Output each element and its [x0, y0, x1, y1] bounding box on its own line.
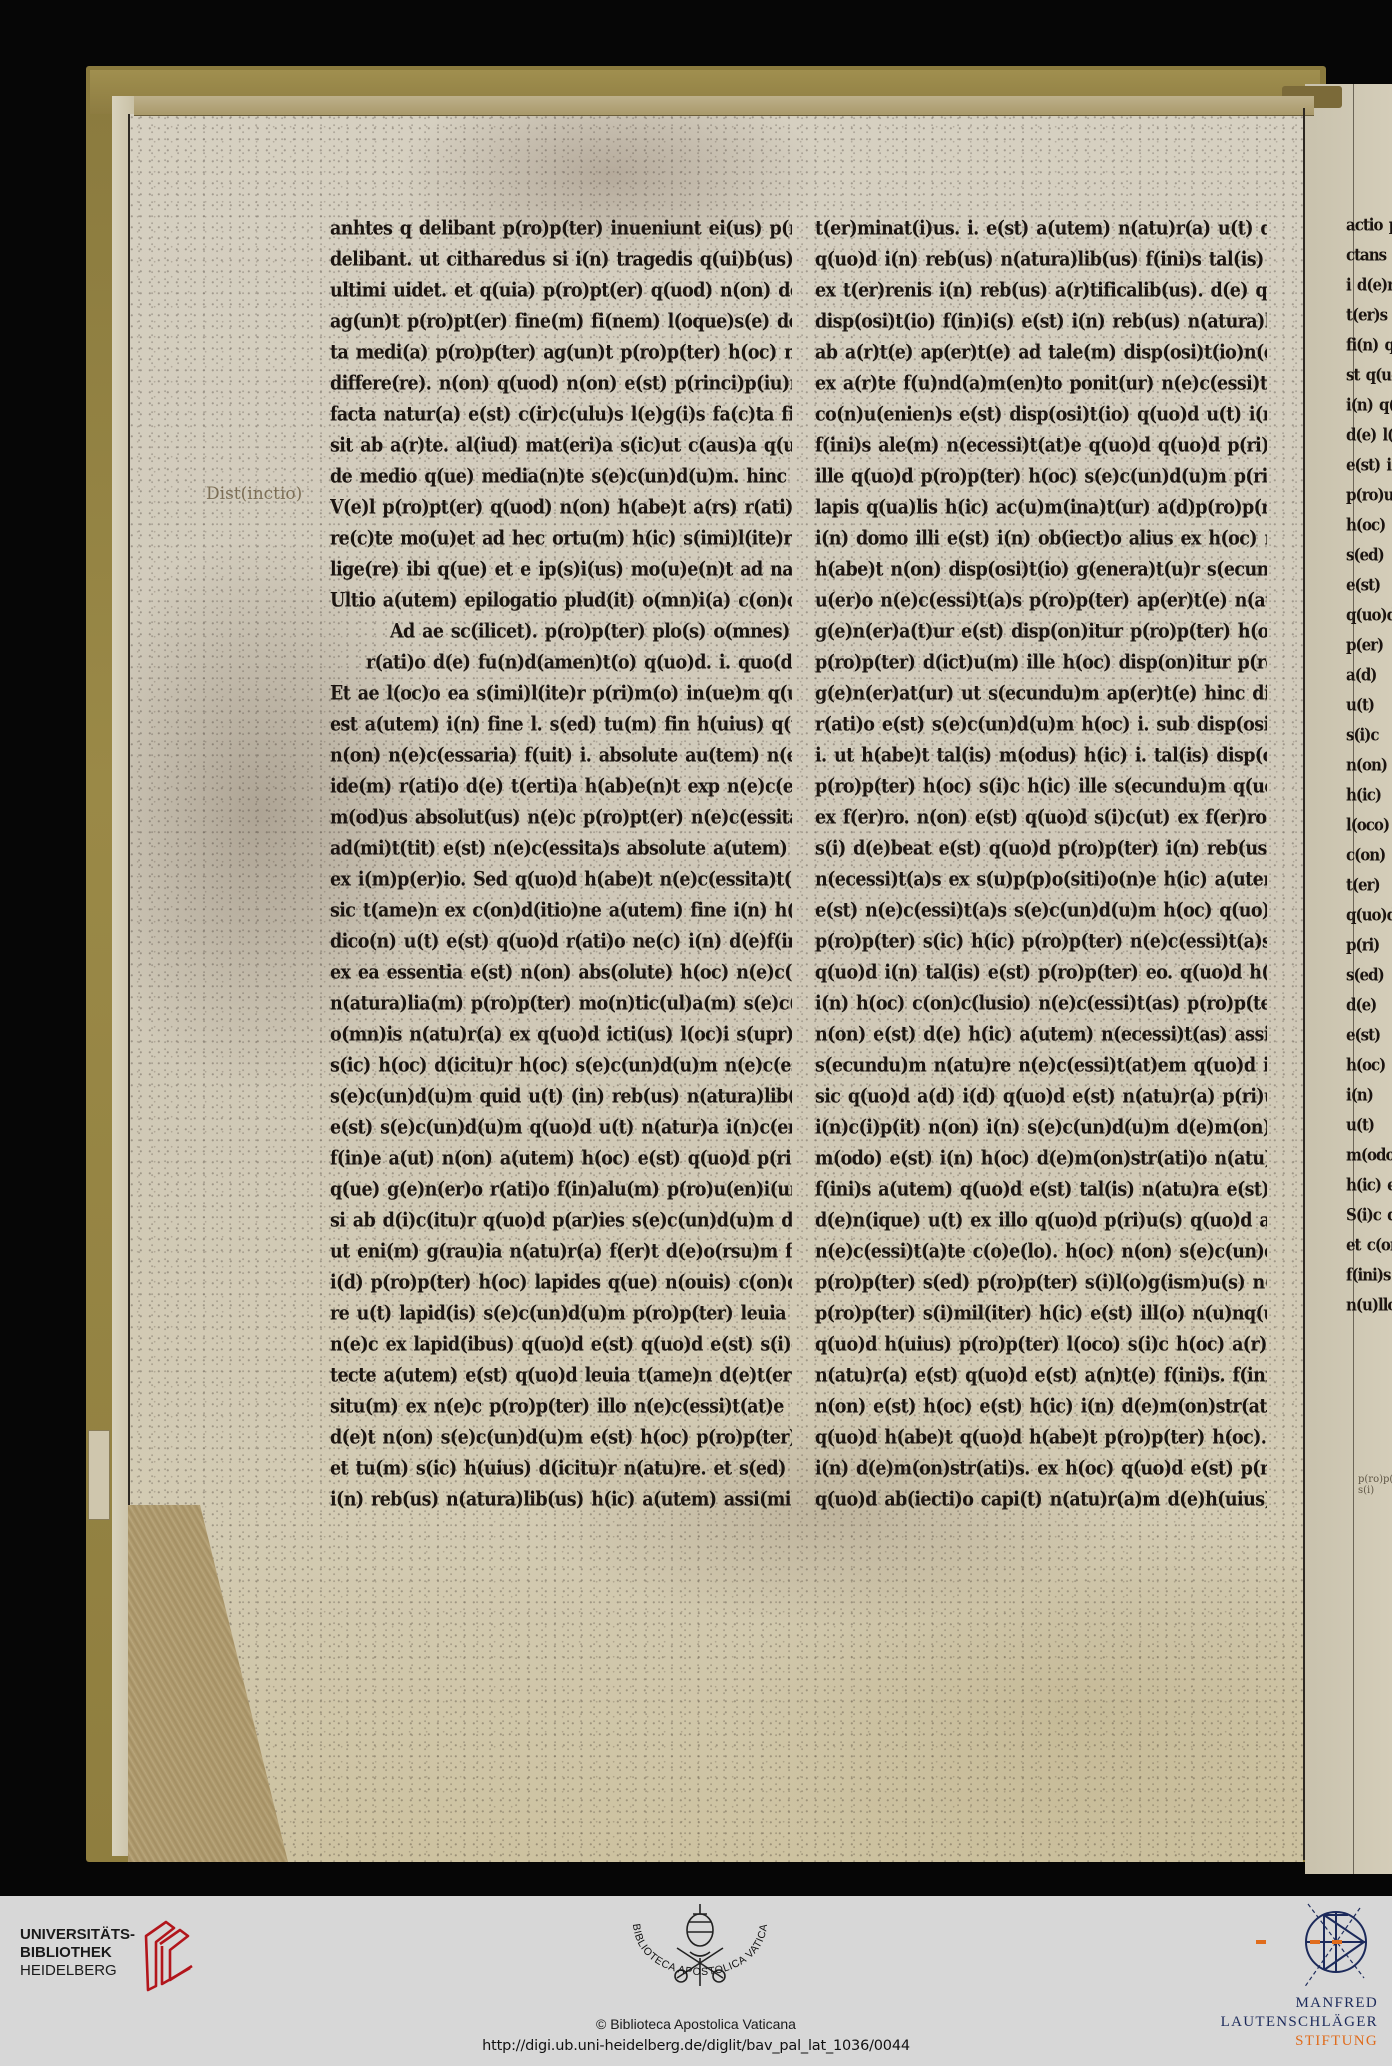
manuscript-line: facta natur(a) e(st) c(ir)c(ulu)s l(e)g(…	[330, 398, 792, 433]
manuscript-line: i(n) reb(us) n(atura)lib(us) h(ic) a(ute…	[330, 1483, 792, 1518]
manuscript-line: e(st)	[1346, 568, 1392, 602]
manuscript-line: u(t)	[1346, 1108, 1392, 1142]
manuscript-line: m(od)us absolut(us) n(e)c p(ro)pt(er) n(…	[330, 801, 792, 836]
manuscript-line: q(uo)d	[1346, 898, 1392, 932]
manuscript-line: ag(un)t p(ro)pt(er) fine(m) fi(nem) l(oq…	[330, 305, 792, 340]
manuscript-line: delibant. ut citharedus si i(n) tragedis…	[330, 243, 792, 278]
manuscript-line: e(st) i	[1346, 448, 1392, 482]
manuscript-line: situ(m) ex n(e)c p(ro)p(ter) illo n(e)c(…	[330, 1390, 792, 1425]
ub-logo-mark-icon	[140, 1918, 200, 1994]
manuscript-line: re(c)te mo(u)et ad hec ortu(m) h(ic) s(i…	[330, 522, 792, 557]
manuscript-line: p(ro)p(ter) s(ed) p(ro)p(ter) s(i)l(o)g(…	[815, 1266, 1267, 1301]
manuscript-line: u(t)	[1346, 688, 1392, 722]
ub-logo-line1: UNIVERSITÄTS-	[20, 1926, 135, 1944]
manuscript-line: ex i(m)p(er)io. Sed q(uo)d h(abe)t n(e)c…	[330, 863, 792, 898]
manuscript-line: g(e)n(er)at(ur) ut s(ecundu)m ap(er)t(e)…	[815, 677, 1267, 712]
manuscript-line: differe(re). n(on) q(uod) n(on) e(st) p(…	[330, 367, 792, 402]
marginal-note: Dist(inctio)	[206, 484, 302, 504]
manuscript-line: S(i)c q(uo)d	[1346, 1198, 1392, 1232]
manuscript-line: o(mn)is n(atu)r(a) ex q(uo)d icti(us) l(…	[330, 1018, 792, 1053]
manuscript-line: h(ic)	[1346, 778, 1392, 812]
manuscript-line: c(on)	[1346, 838, 1392, 872]
manuscript-line: f(ini)s n(on)	[1346, 1258, 1392, 1292]
ub-logo-line3: HEIDELBERG	[20, 1962, 135, 1980]
manuscript-line: n(atura)lia(m) p(ro)p(ter) mo(n)tic(ul)a…	[330, 987, 792, 1022]
manuscript-line: p(ro)p(ter) d(ict)u(m) ille h(oc) disp(o…	[815, 646, 1267, 681]
permalink-url[interactable]: http://digi.ub.uni-heidelberg.de/diglit/…	[0, 2038, 1392, 2054]
manuscript-line: n(u)llo.	[1346, 1288, 1392, 1322]
svg-text:BIBLIOTECA APOSTOLICA VATICANA: BIBLIOTECA APOSTOLICA VATICANA	[615, 1902, 770, 1978]
manuscript-line: i d(e)m(on)s	[1346, 268, 1392, 302]
manuscript-line: h(ic) e(st)	[1346, 1168, 1392, 1202]
manuscript-line: actio p(ri)u(s)	[1346, 208, 1392, 242]
manuscript-line: i. ut h(abe)t tal(is) m(odus) h(ic) i. t…	[815, 739, 1267, 774]
manuscript-line: s(i)c	[1346, 718, 1392, 752]
manuscript-line: i(n) d(e)m(on)str(ati)s. ex h(oc) q(uo)d…	[815, 1452, 1267, 1487]
manuscript-line: n(ecessi)t(a)s ex s(u)p(p)o(siti)o(n)e h…	[815, 863, 1267, 898]
ub-logo-text: UNIVERSITÄTS- BIBLIOTHEK HEIDELBERG	[20, 1926, 135, 1980]
manuscript-line: tecte a(utem) e(st) q(uo)d leuia t(ame)n…	[330, 1359, 792, 1394]
manuscript-line: e(st)	[1346, 1018, 1392, 1052]
manuscript-line: i(n) domo illi e(st) i(n) ob(iect)o aliu…	[815, 522, 1267, 557]
folio-top-strip	[134, 96, 1314, 116]
manuscript-line: p(ro)p(ter) s(i)mil(iter) h(ic) e(st) il…	[815, 1297, 1267, 1332]
manuscript-line: ide(m) r(ati)o d(e) t(erti)a h(ab)e(n)t …	[330, 770, 792, 805]
manuscript-line: e(st) s(e)c(un)d(u)m q(uo)d u(t) n(atur)…	[330, 1111, 792, 1146]
manuscript-line: r(ati)o e(st) s(e)c(un)d(u)m h(oc) i. su…	[815, 708, 1267, 743]
manuscript-line: q(ue) g(e)n(er)o r(ati)o f(in)alu(m) p(r…	[330, 1173, 792, 1208]
manuscript-line: i(n)c(i)p(it) n(on) i(n) s(e)c(un)d(u)m …	[815, 1111, 1267, 1146]
manuscript-line: si ab d(i)c(itu)r q(uo)d p(ar)ies s(e)c(…	[330, 1204, 792, 1239]
manuscript-line: q(uo)d i(n) tal(is) e(st) p(ro)p(ter) eo…	[815, 956, 1267, 991]
manuscript-line: m(odo) e(st) i(n) h(oc) d(e)m(on)str(ati…	[815, 1142, 1267, 1177]
manuscript-line: co(n)u(enien)s e(st) disp(osi)t(io) q(uo…	[815, 398, 1267, 433]
manuscript-line: q(uo)d ab(iecti)o capi(t) n(atu)r(a)m d(…	[815, 1483, 1267, 1518]
manuscript-line: t(er)s fi(n)i	[1346, 298, 1392, 332]
manuscript-line: ex ea essentia e(st) n(on) abs(olute) h(…	[330, 956, 792, 991]
text-column-left: anhtes q delibant p(ro)p(ter) inueniunt …	[330, 214, 792, 1516]
manuscript-line: m(odo)	[1346, 1138, 1392, 1172]
manuscript-line: ex f(er)ro. n(on) e(st) q(uo)d s(i)c(ut)…	[815, 801, 1267, 836]
manuscript-line: f(in)e a(ut) n(on) a(utem) h(oc) e(st) q…	[330, 1142, 792, 1177]
manuscript-line: u(er)o n(e)c(essi)t(a)s p(ro)p(ter) ap(e…	[815, 584, 1267, 619]
manuscript-line: ex a(r)te f(u)nd(a)m(en)to ponit(ur) n(e…	[815, 367, 1267, 402]
manuscript-line: a(d)	[1346, 658, 1392, 692]
manuscript-line: h(oc)	[1346, 1048, 1392, 1082]
manuscript-line: t(er)minat(i)us. i. e(st) a(utem) n(atu)…	[815, 212, 1267, 247]
mls-line3: STIFTUNG	[1221, 2032, 1378, 2051]
manuscript-line: d(e)t n(on) s(e)c(un)d(u)m e(st) h(oc) p…	[330, 1421, 792, 1456]
manuscript-line: ille q(uo)d p(ro)p(ter) h(oc) s(e)c(un)d…	[815, 460, 1267, 495]
manuscript-line: Et ae l(oc)o ea s(imi)l(ite)r p(ri)m(o) …	[330, 677, 792, 712]
manuscript-line: n(on)	[1346, 748, 1392, 782]
manuscript-line: g(e)n(er)a(t)ur e(st) disp(on)itur p(ro)…	[815, 615, 1267, 650]
manuscript-scan-viewer: Dist(inctio) anhtes q delibant p(ro)p(te…	[0, 0, 1392, 1896]
manuscript-line: s(ic) h(oc) d(icitu)r h(oc) s(e)c(un)d(u…	[330, 1049, 792, 1084]
manuscript-line: q(uo)d h(abe)t q(uo)d h(abe)t p(ro)p(ter…	[815, 1421, 1267, 1456]
manuscript-line: fi(n) q(ue)	[1346, 328, 1392, 362]
manuscript-line: lapis q(ua)lis h(ic) ac(u)m(ina)t(ur) a(…	[815, 491, 1267, 526]
manuscript-line: f(ini)s ale(m) n(ecessi)t(at)e q(uo)d q(…	[815, 429, 1267, 464]
manuscript-line: t(er)	[1346, 868, 1392, 902]
manuscript-line: d(e) l(oco)	[1346, 418, 1392, 452]
ub-heidelberg-logo[interactable]: UNIVERSITÄTS- BIBLIOTHEK HEIDELBERG	[20, 1926, 250, 1986]
manuscript-line: st q(uo)d	[1346, 358, 1392, 392]
manuscript-line: n(on) n(e)c(essaria) f(uit) i. absolute …	[330, 739, 792, 774]
manuscript-line: p(ro)p(ter) s(ic) h(ic) p(ro)p(ter) n(e)…	[815, 925, 1267, 960]
manuscript-line: ta medi(a) p(ro)p(ter) ag(un)t p(ro)p(te…	[330, 336, 792, 371]
manuscript-line: p(ro)p(ter) h(oc) s(i)c h(ic) ille s(ecu…	[815, 770, 1267, 805]
manuscript-line: h(oc)	[1346, 508, 1392, 542]
manuscript-line: s(ed)	[1346, 958, 1392, 992]
manuscript-line: n(e)c(essi)t(a)te c(o)e(lo). h(oc) n(on)…	[815, 1235, 1267, 1270]
manuscript-line: f(ini)s a(utem) q(uo)d e(st) tal(is) n(a…	[815, 1173, 1267, 1208]
manuscript-line: q(uo)d h(uius) p(ro)p(ter) l(oco) s(i)c …	[815, 1328, 1267, 1363]
manuscript-line: sit ab a(r)te. al(iud) mat(eri)a s(ic)ut…	[330, 429, 792, 464]
manuscript-line: i(n)	[1346, 1078, 1392, 1112]
manuscript-line: d(e)n(ique) u(t) ex illo q(uo)d p(ri)u(s…	[815, 1204, 1267, 1239]
manuscript-line: Ad ae sc(ilicet). p(ro)p(ter) plo(s) o(m…	[330, 615, 792, 650]
manuscript-line: anhtes q delibant p(ro)p(ter) inueniunt …	[330, 212, 792, 247]
vatican-library-emblem-icon[interactable]: BIBLIOTECA APOSTOLICA VATICANA	[615, 1902, 785, 2007]
manuscript-line: n(atu)r(a) e(st) q(uo)d e(st) a(n)t(e) f…	[815, 1359, 1267, 1394]
manuscript-line: i(n) h(oc) c(on)c(lusio) n(e)c(essi)t(as…	[815, 987, 1267, 1022]
gutter	[1303, 108, 1305, 1860]
facing-page-note: p(ro)p(ter) s(i)	[1358, 1474, 1392, 1496]
manuscript-line: h(abe)t n(on) disp(osi)t(io) g(enera)t(u…	[815, 553, 1267, 588]
manuscript-line: est a(utem) i(n) fine l. s(ed) tu(m) fin…	[330, 708, 792, 743]
manuscript-line: i(d) p(ro)p(ter) h(oc) lapides q(ue) n(o…	[330, 1266, 792, 1301]
manuscript-line: e(st) n(e)c(essi)t(a)s s(e)c(un)d(u)m h(…	[815, 894, 1267, 929]
manuscript-line: sic q(uo)d a(d) i(d) q(uo)d e(st) n(atu)…	[815, 1080, 1267, 1115]
mls-compass-icon	[1196, 1898, 1392, 1994]
manuscript-line: l(oco)	[1346, 808, 1392, 842]
manuscript-line: n(e)c ex lapid(ibus) q(uo)d e(st) q(uo)d…	[330, 1328, 792, 1363]
manuscript-line: ultimi uidet. et q(uia) p(ro)pt(er) q(uo…	[330, 274, 792, 309]
mls-line1: MANFRED	[1221, 1994, 1378, 2013]
manuscript-line: p(er)	[1346, 628, 1392, 662]
manuscript-line: ex t(er)renis i(n) reb(us) a(r)tificalib…	[815, 274, 1267, 309]
manuscript-line: lige(re) ibi q(ue) et e ip(s)i(us) mo(u)…	[330, 553, 792, 588]
manuscript-line: p(ri)	[1346, 928, 1392, 962]
manuscript-line: dico(n) u(t) e(st) q(uo)d r(ati)o ne(c) …	[330, 925, 792, 960]
mls-line2: LAUTENSCHLÄGER	[1221, 2013, 1378, 2032]
manuscript-line: s(e)c(un)d(u)m quid u(t) (in) reb(us) n(…	[330, 1080, 792, 1115]
lautenschlaeger-stiftung-logo[interactable]: MANFRED LAUTENSCHLÄGER STIFTUNG	[1196, 1898, 1392, 2064]
manuscript-line: re u(t) lapid(is) s(e)c(un)d(u)m p(ro)p(…	[330, 1297, 792, 1332]
manuscript-line: ad(mi)t(tit) e(st) n(e)c(essita)s absolu…	[330, 832, 792, 867]
manuscript-line: s(ed)	[1346, 538, 1392, 572]
manuscript-line: d(e)	[1346, 988, 1392, 1022]
manuscript-line: q(uo)d i(n) reb(us) n(atura)lib(us) f(in…	[815, 243, 1267, 278]
ub-logo-line2: BIBLIOTHEK	[20, 1944, 135, 1962]
manuscript-line: i(n) q(uo)d	[1346, 388, 1392, 422]
attribution-footer: UNIVERSITÄTS- BIBLIOTHEK HEIDELBERG	[0, 1896, 1392, 2066]
manuscript-line: et c(on)cl(usione)	[1346, 1228, 1392, 1262]
manuscript-line: n(on) e(st) h(oc) e(st) h(ic) i(n) d(e)m…	[815, 1390, 1267, 1425]
binding-tab	[88, 1430, 110, 1520]
facing-page-text: actio p(ri)u(s)ctans n(on)i d(e)m(on)st(…	[1346, 210, 1392, 1320]
copyright-text: © Biblioteca Apostolica Vaticana	[0, 2016, 1392, 2032]
manuscript-line: p(ro)u	[1346, 478, 1392, 512]
mls-logo-text: MANFRED LAUTENSCHLÄGER STIFTUNG	[1221, 1994, 1378, 2051]
manuscript-line: s(i) d(e)beat e(st) q(uo)d p(ro)p(ter) i…	[815, 832, 1267, 867]
manuscript-line: ctans n(on)	[1346, 238, 1392, 272]
manuscript-line: sic t(ame)n ex c(on)d(itio)ne a(utem) fi…	[330, 894, 792, 929]
manuscript-line: n(on) e(st) d(e) h(ic) a(utem) n(ecessi)…	[815, 1018, 1267, 1053]
manuscript-line: r(ati)o d(e) fu(n)d(amen)t(o) q(uo)d. i.…	[330, 646, 792, 681]
manuscript-line: s(ecundu)m n(atu)re n(e)c(essi)t(at)em q…	[815, 1049, 1267, 1084]
manuscript-line: ab a(r)t(e) ap(er)t(e) ad tale(m) disp(o…	[815, 336, 1267, 371]
manuscript-line: Ultio a(utem) epilogatio plud(it) o(mn)i…	[330, 584, 792, 619]
manuscript-line: ut eni(m) g(rau)ia n(atu)r(a) f(er)t d(e…	[330, 1235, 792, 1270]
manuscript-line: disp(osi)t(io) f(in)i(s) e(st) i(n) reb(…	[815, 305, 1267, 340]
manuscript-line: et tu(m) s(ic) h(uius) d(icitu)r n(atu)r…	[330, 1452, 792, 1487]
manuscript-line: de medio q(ue) media(n)te s(e)c(un)d(u)m…	[330, 460, 792, 495]
manuscript-line: V(e)l p(ro)pt(er) q(uod) n(on) h(abe)t a…	[330, 491, 792, 526]
text-column-right: t(er)minat(i)us. i. e(st) a(utem) n(atu)…	[815, 214, 1267, 1516]
manuscript-line: q(uo)d	[1346, 598, 1392, 632]
